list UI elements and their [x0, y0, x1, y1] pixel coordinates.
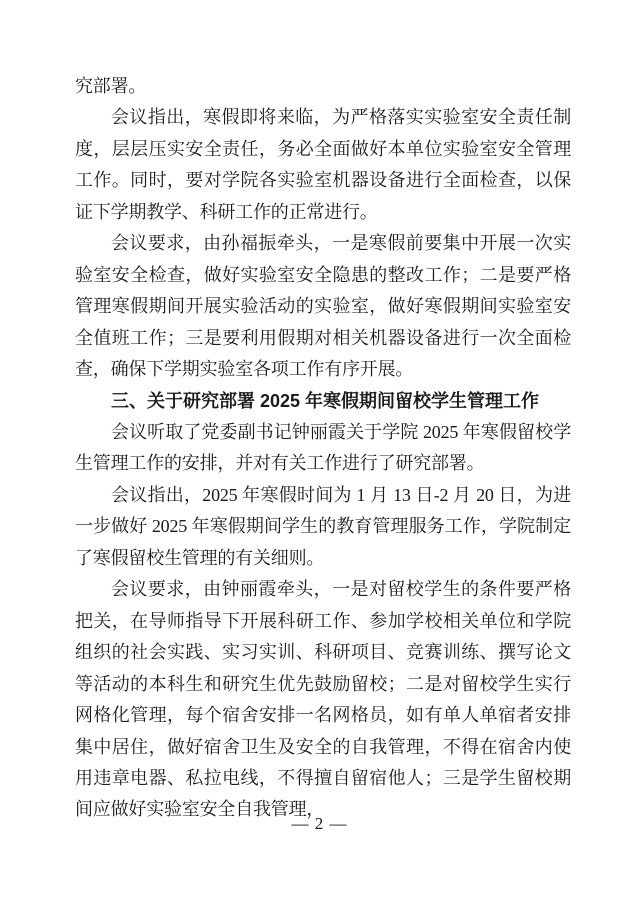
- body-paragraph: 会议指出，2025 年寒假时间为 1 月 13 日-2 月 20 日，为进一步做…: [75, 480, 571, 574]
- body-paragraph: 会议要求，由孙福振牵头，一是寒假前要集中开展一次实验室安全检查，做好实验室安全隐…: [75, 228, 571, 385]
- section-heading: 三、关于研究部署 2025 年寒假期间留校学生管理工作: [75, 386, 571, 417]
- page-number: — 2 —: [0, 812, 639, 836]
- document-body: 究部署。会议指出，寒假即将来临，为严格落实实验室安全责任制度，层层压实安全责任，…: [75, 71, 571, 826]
- document-page: 究部署。会议指出，寒假即将来临，为严格落实实验室安全责任制度，层层压实安全责任，…: [0, 0, 639, 908]
- paragraph-continuation: 究部署。: [75, 71, 571, 102]
- body-paragraph: 会议听取了党委副书记钟丽霞关于学院 2025 年寒假留校学生管理工作的安排，并对…: [75, 417, 571, 480]
- body-paragraph: 会议指出，寒假即将来临，为严格落实实验室安全责任制度，层层压实安全责任，务必全面…: [75, 102, 571, 228]
- body-paragraph: 会议要求，由钟丽霞牵头，一是对留校学生的条件要严格把关，在导师指导下开展科研工作…: [75, 574, 571, 826]
